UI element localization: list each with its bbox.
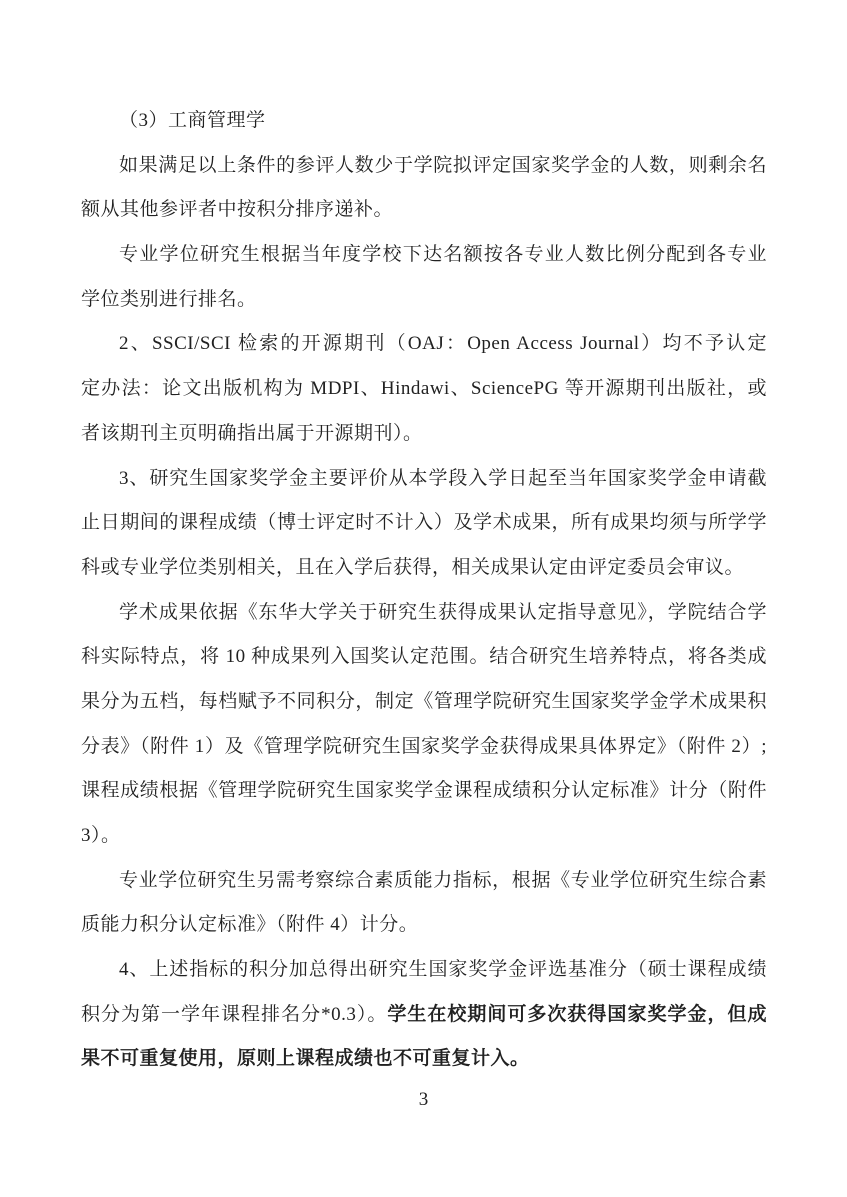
text-segment: 分表》（附件 1）及《管理学院研究生国家奖学金获得成果具体界定》（附件 2）;: [81, 736, 767, 757]
text-segment: 学术成果依据《东华大学关于研究生获得成果认定指导意见》，学院结合学: [119, 602, 767, 623]
text-line: 2、SSCI/SCI 检索的开源期刊（OAJ：Open Access Journ…: [81, 322, 767, 367]
text-segment: 质能力积分认定标准》（附件 4）计分。: [81, 914, 418, 935]
text-line: 定办法：论文出版机构为 MDPI、Hindawi、SciencePG 等开源期刊…: [81, 367, 767, 412]
text-segment: 专业学位研究生根据当年度学校下达名额按各专业人数比例分配到各专业: [119, 244, 767, 265]
text-segment: 定办法：论文出版机构为 MDPI、Hindawi、SciencePG 等开源期刊…: [81, 378, 767, 399]
text-segment: 课程成绩根据《管理学院研究生国家奖学金课程成绩积分认定标准》计分（附件: [81, 780, 767, 801]
text-line: 额从其他参评者中按积分排序递补。: [81, 188, 767, 233]
text-segment: 2、SSCI/SCI 检索的开源期刊（OAJ：Open Access Journ…: [119, 333, 767, 367]
text-segment: 积分为第一学年课程排名分*0.3）。: [81, 1004, 387, 1025]
page-number: 3: [0, 1088, 847, 1112]
text-line: 积分为第一学年课程排名分*0.3）。学生在校期间可多次获得国家奖学金，但成: [81, 993, 767, 1038]
text-line: 学术成果依据《东华大学关于研究生获得成果认定指导意见》，学院结合学: [81, 591, 767, 636]
text-line: 4、上述指标的积分加总得出研究生国家奖学金评选基准分（硕士课程成绩: [81, 948, 767, 993]
text-segment: 者该期刊主页明确指出属于开源期刊）。: [81, 423, 423, 444]
text-line: 专业学位研究生根据当年度学校下达名额按各专业人数比例分配到各专业: [81, 233, 767, 278]
text-line: 学位类别进行排名。: [81, 278, 767, 323]
text-line: 专业学位研究生另需考察综合素质能力指标，根据《专业学位研究生综合素: [81, 859, 767, 904]
text-segment: （3）工商管理学: [119, 110, 266, 131]
text-segment: 额从其他参评者中按积分排序递补。: [81, 199, 393, 220]
text-line: 止日期间的课程成绩（博士评定时不计入）及学术成果，所有成果均须与所学学: [81, 501, 767, 546]
text-segment: 科或专业学位类别相关，且在入学后获得，相关成果认定由评定委员会审议。: [81, 557, 744, 578]
text-line: 3）。: [81, 814, 767, 859]
text-line: 果不可重复使用，原则上课程成绩也不可重复计入。: [81, 1037, 767, 1082]
text-line: 分表》（附件 1）及《管理学院研究生国家奖学金获得成果具体界定》（附件 2）;: [81, 725, 767, 770]
text-line: 质能力积分认定标准》（附件 4）计分。: [81, 903, 767, 948]
text-line: 科实际特点，将 10 种成果列入国奖认定范围。结合研究生培养特点，将各类成: [81, 635, 767, 680]
text-segment: 如果满足以上条件的参评人数少于学院拟评定国家奖学金的人数，则剩余名: [119, 155, 767, 176]
text-line: 者该期刊主页明确指出属于开源期刊）。: [81, 412, 767, 457]
text-segment: 科实际特点，将 10 种成果列入国奖认定范围。结合研究生培养特点，将各类成: [81, 646, 767, 667]
text-segment: 止日期间的课程成绩（博士评定时不计入）及学术成果，所有成果均须与所学学: [81, 512, 767, 533]
text-segment: 学位类别进行排名。: [81, 289, 257, 310]
text-segment-bold: 学生在校期间可多次获得国家奖学金，但成: [387, 1004, 767, 1025]
document-page: （3）工商管理学如果满足以上条件的参评人数少于学院拟评定国家奖学金的人数，则剩余…: [0, 0, 847, 1197]
text-line: 课程成绩根据《管理学院研究生国家奖学金课程成绩积分认定标准》计分（附件: [81, 769, 767, 814]
text-segment: 专业学位研究生另需考察综合素质能力指标，根据《专业学位研究生综合素: [119, 870, 767, 891]
text-segment: 3、研究生国家奖学金主要评价从本学段入学日起至当年国家奖学金申请截: [119, 468, 767, 489]
text-segment-bold: 果不可重复使用，原则上课程成绩也不可重复计入。: [81, 1048, 530, 1069]
text-segment: 果分为五档，每档赋予不同积分，制定《管理学院研究生国家奖学金学术成果积: [81, 691, 767, 712]
text-line: 如果满足以上条件的参评人数少于学院拟评定国家奖学金的人数，则剩余名: [81, 144, 767, 189]
text-line: 3、研究生国家奖学金主要评价从本学段入学日起至当年国家奖学金申请截: [81, 457, 767, 502]
text-line: 果分为五档，每档赋予不同积分，制定《管理学院研究生国家奖学金学术成果积: [81, 680, 767, 725]
document-body: （3）工商管理学如果满足以上条件的参评人数少于学院拟评定国家奖学金的人数，则剩余…: [81, 99, 767, 1082]
text-line: （3）工商管理学: [81, 99, 767, 144]
text-line: 科或专业学位类别相关，且在入学后获得，相关成果认定由评定委员会审议。: [81, 546, 767, 591]
text-segment: 4、上述指标的积分加总得出研究生国家奖学金评选基准分（硕士课程成绩: [119, 959, 767, 980]
text-segment: 3）。: [81, 825, 121, 846]
